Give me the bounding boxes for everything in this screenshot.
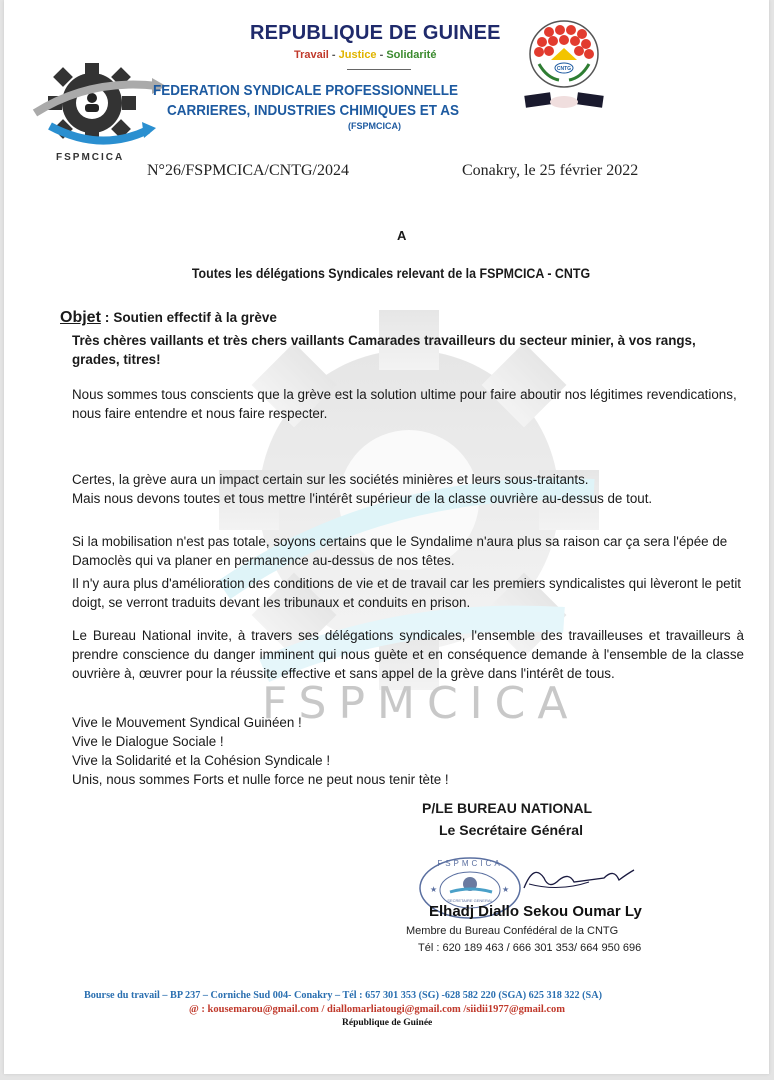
handwritten-signature-icon [519, 858, 639, 898]
national-motto: Travail - Justice - Solidarité [294, 49, 436, 61]
svg-text:FSPMCICA: FSPMCICA [437, 859, 502, 868]
svg-text:CNTG: CNTG [557, 66, 571, 72]
letter-page: FSPMCICA FSPMCICA REPUBLIQUE DE GUINEE T… [4, 0, 769, 1074]
addressee: Toutes les délégations Syndicales releva… [35, 266, 747, 281]
federation-acronym: (FSPMCICA) [348, 121, 401, 131]
body-paragraph: Certes, la grève aura un impact certain … [72, 470, 744, 508]
body-paragraph: Nous sommes tous conscients que la grève… [72, 385, 744, 423]
subject-label: Objet [60, 309, 101, 326]
signer-phone: Tél : 620 189 463 / 666 301 353/ 664 950… [418, 942, 641, 954]
letter-reference: N°26/FSPMCICA/CNTG/2024 [147, 162, 349, 180]
country-title: REPUBLIQUE DE GUINEE [250, 22, 501, 45]
motto-divider [347, 69, 411, 70]
body-paragraph: Il n'y aura plus d'amélioration des cond… [72, 574, 744, 612]
cntg-logo-icon: CNTG [509, 18, 619, 118]
signer-name: Elhadj Diallo Sekou Oumar Ly [429, 903, 642, 920]
footer-address: Bourse du travail – BP 237 – Corniche Su… [84, 990, 602, 1001]
motto-travail: Travail [294, 49, 329, 61]
addressee-label: A [397, 228, 406, 243]
subject-line: Objet : Soutien effectif à la grève [60, 309, 277, 327]
slogan: Vive la Solidarité et la Cohésion Syndic… [72, 751, 449, 770]
footer-country: République de Guinée [342, 1018, 432, 1028]
slogan: Vive le Dialogue Sociale ! [72, 732, 449, 751]
slogan: Vive le Mouvement Syndical Guinéen ! [72, 713, 449, 732]
motto-justice: Justice [339, 49, 377, 61]
letter-date: Conakry, le 25 février 2022 [462, 162, 638, 180]
slogans: Vive le Mouvement Syndical Guinéen ! Viv… [72, 713, 449, 789]
signature-on-behalf: P/LE BUREAU NATIONAL [422, 800, 592, 816]
federation-name-line1: FEDERATION SYNDICALE PROFESSIONNELLE [153, 82, 458, 99]
svg-text:★: ★ [502, 885, 509, 894]
signer-role: Membre du Bureau Confédéral de la CNTG [406, 925, 618, 937]
fspmcica-logo-icon [30, 58, 170, 158]
fspmcica-logo-label: FSPMCICA [56, 152, 124, 163]
federation-name-line2: CARRIERES, INDUSTRIES CHIMIQUES ET AS [167, 102, 459, 119]
signature-title: Le Secrétaire Général [439, 822, 583, 838]
slogan: Unis, nous sommes Forts et nulle force n… [72, 770, 449, 789]
subject-text: Soutien effectif à la grève [113, 310, 277, 325]
salutation-paragraph: Très chères vaillants et très chers vail… [72, 331, 744, 369]
footer-emails: @ : kousemarou@gmail.com / diallomarliat… [189, 1004, 565, 1015]
svg-text:★: ★ [430, 885, 437, 894]
motto-solidarite: Solidarité [386, 49, 436, 61]
body-paragraph: Le Bureau National invite, à travers ses… [72, 626, 744, 683]
body-paragraph: Si la mobilisation n'est pas totale, soy… [72, 532, 744, 570]
